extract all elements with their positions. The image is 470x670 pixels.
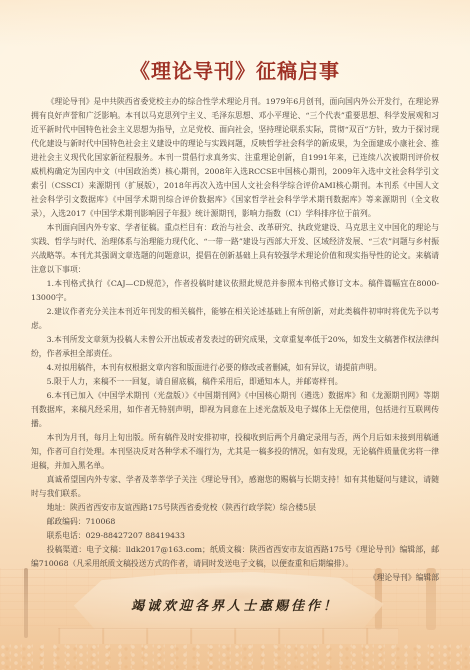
stone-base-blocks [58,628,398,644]
page-title: 《理论导刊》征稿启事 [0,55,470,84]
columns-paragraph: 本刊面向国内外专家、学者征稿。重点栏目有：政治与社会、改革研究、执政党建设、马克… [31,221,439,277]
notice-item-3: 3.本刊所发文章须为投稿人未曾公开出版或者发表过的研究成果，文章重复率低于20%… [31,333,439,361]
contact-submission: 投稿渠道：电子文稿：lldk2017@163.com；纸质文稿：陕西省西安市友谊… [31,543,439,571]
notice-item-6: 6.本刊已加入《中国学术期刊（光盘版）》《中国期刊网》《中国核心期刊（遴选）数据… [31,389,439,431]
publication-paragraph: 本刊为月刊，每月上旬出版。所有稿件及时安排初审，投稿收到后两个月确定录用与否，两… [31,431,439,473]
notice-item-1: 1.本刊格式执行《CAJ—CD规范》，作者投稿时建议依照此规范并参照本刊格式修订… [31,277,439,305]
notice-item-4: 4.对拟用稿件，本刊有权根据文章内容和版面进行必要的修改或者删减，如有异议，请提… [31,361,439,375]
notice-page: 《理论导刊》征稿启事 《理论导刊》是中共陕西省委党校主办的综合性学术理论月刊。1… [0,0,470,670]
opening-paragraph: 《理论导刊》是中共陕西省委党校主办的综合性学术理论月刊。1979年6月创刊，面向… [31,95,439,221]
notice-item-2: 2.建议作者充分关注本刊近年刊发的相关稿件，能够在相关论述基础上有所创新，对此类… [31,305,439,333]
notice-item-5: 5.限于人力，来稿不一一回复，请自留底稿，稿件采用后，即通知本人，并邮寄样刊。 [31,375,439,389]
closing-paragraph: 真诚希望国内外专家、学者及莘莘学子关注《理论导刊》，感谢您的赐稿与长期支持！如有… [31,473,439,501]
notice-body: 《理论导刊》是中共陕西省委党校主办的综合性学术理论月刊。1979年6月创刊，面向… [31,95,439,585]
contact-address: 地址：陕西省西安市友谊西路175号陕西省委党校（陕西行政学院）综合楼5层 [31,501,439,515]
editorial-signature: 《理论导刊》编辑部 [31,571,439,585]
welcome-slogan: 竭诚欢迎各界人士惠赐佳作！ [0,595,470,614]
flower-bed-texture [0,644,470,670]
contact-phone: 联系电话：029-88427207 88419433 [31,529,439,543]
contact-postcode: 邮政编码：710068 [31,515,439,529]
